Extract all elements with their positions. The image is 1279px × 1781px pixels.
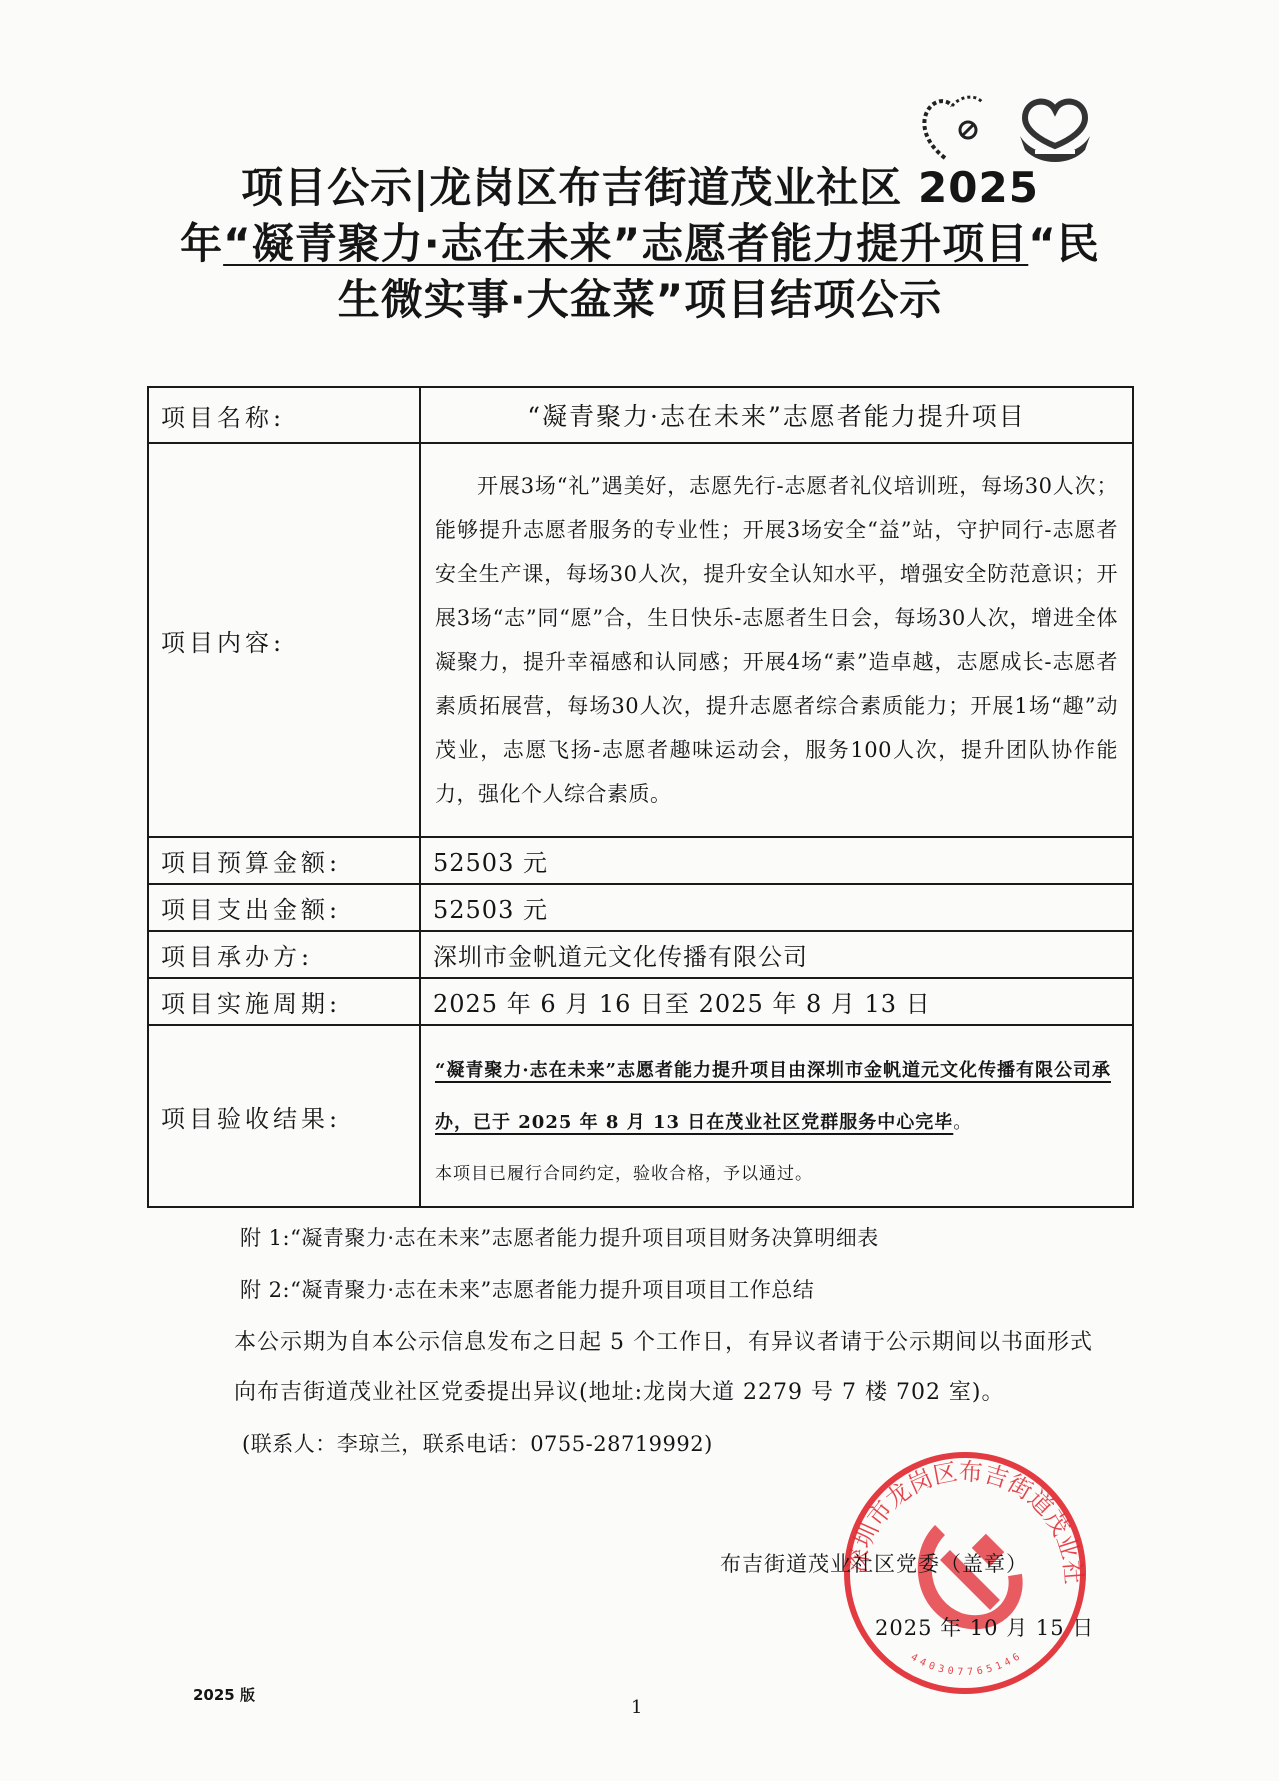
party-heart-logo-icon xyxy=(920,88,1095,168)
value-expenditure: 52503 元 xyxy=(420,884,1133,931)
table-row-period: 项目实施周期: 2025 年 6 月 16 日至 2025 年 8 月 13 日 xyxy=(148,978,1133,1025)
value-project-content: 开展3场“礼”遇美好，志愿先行-志愿者礼仪培训班，每场30人次；能够提升志愿者服… xyxy=(420,443,1133,837)
acceptance-statement: “凝青聚力·志在未来”志愿者能力提升项目由深圳市金帆道元文化传播有限公司承办，已… xyxy=(435,1060,1111,1133)
table-row-acceptance: 项目验收结果: “凝青聚力·志在未来”志愿者能力提升项目由深圳市金帆道元文化传播… xyxy=(148,1025,1133,1207)
notice-text: 本公示期为自本公示信息发布之日起 5 个工作日，有异议者请于公示期间以书面形式向… xyxy=(190,1318,1110,1418)
value-project-name: “凝青聚力·志在未来”志愿者能力提升项目 xyxy=(420,387,1133,443)
project-info-table: 项目名称: “凝青聚力·志在未来”志愿者能力提升项目 项目内容: 开展3场“礼”… xyxy=(147,386,1134,1208)
header-logos xyxy=(920,88,1095,168)
table-row-project-name: 项目名称: “凝青聚力·志在未来”志愿者能力提升项目 xyxy=(148,387,1133,443)
value-period: 2025 年 6 月 16 日至 2025 年 8 月 13 日 xyxy=(420,978,1133,1025)
label-project-content: 项目内容: xyxy=(148,443,420,837)
table-row-contractor: 项目承办方: 深圳市金帆道元文化传播有限公司 xyxy=(148,931,1133,978)
value-contractor: 深圳市金帆道元文化传播有限公司 xyxy=(420,931,1133,978)
notice-paragraph: 本公示期为自本公示信息发布之日起 5 个工作日，有异议者请于公示期间以书面形式向… xyxy=(190,1318,1110,1418)
contact-info: (联系人：李琼兰，联系电话：0755-28719992) xyxy=(242,1428,713,1458)
page-title: 项目公示|龙岗区布吉街道茂业社区 2025 年“凝青聚力·志在未来”志愿者能力提… xyxy=(180,160,1100,328)
table-row-project-content: 项目内容: 开展3场“礼”遇美好，志愿先行-志愿者礼仪培训班，每场30人次；能够… xyxy=(148,443,1133,837)
value-budget: 52503 元 xyxy=(420,837,1133,884)
label-acceptance: 项目验收结果: xyxy=(148,1025,420,1207)
page-number: 1 xyxy=(631,1697,642,1718)
table-row-budget: 项目预算金额: 52503 元 xyxy=(148,837,1133,884)
label-contractor: 项目承办方: xyxy=(148,931,420,978)
title-project-name: “凝青聚力·志在未来”志愿者能力提升项目 xyxy=(223,219,1028,268)
edition-label: 2025 版 xyxy=(193,1684,255,1705)
table-row-expenditure: 项目支出金额: 52503 元 xyxy=(148,884,1133,931)
sign-date: 2025 年 10 月 15 日 xyxy=(875,1612,1094,1642)
bowl-logo-icon xyxy=(1020,102,1090,162)
acceptance-period: 。 xyxy=(953,1112,972,1133)
label-budget: 项目预算金额: xyxy=(148,837,420,884)
label-project-name: 项目名称: xyxy=(148,387,420,443)
label-period: 项目实施周期: xyxy=(148,978,420,1025)
acceptance-note: 本项目已履行合同约定，验收合格，予以通过。 xyxy=(435,1161,1118,1187)
project-content-text: 开展3场“礼”遇美好，志愿先行-志愿者礼仪培训班，每场30人次；能够提升志愿者服… xyxy=(435,464,1118,816)
value-acceptance: “凝青聚力·志在未来”志愿者能力提升项目由深圳市金帆道元文化传播有限公司承办，已… xyxy=(420,1025,1133,1207)
label-expenditure: 项目支出金额: xyxy=(148,884,420,931)
signer-name: 布吉街道茂业社区党委（盖章） xyxy=(720,1548,1028,1578)
attachment-2: 附 2:“凝青聚力·志在未来”志愿者能力提升项目项目工作总结 xyxy=(240,1274,814,1304)
attachment-1: 附 1:“凝青聚力·志在未来”志愿者能力提升项目项目财务决算明细表 xyxy=(240,1222,879,1252)
